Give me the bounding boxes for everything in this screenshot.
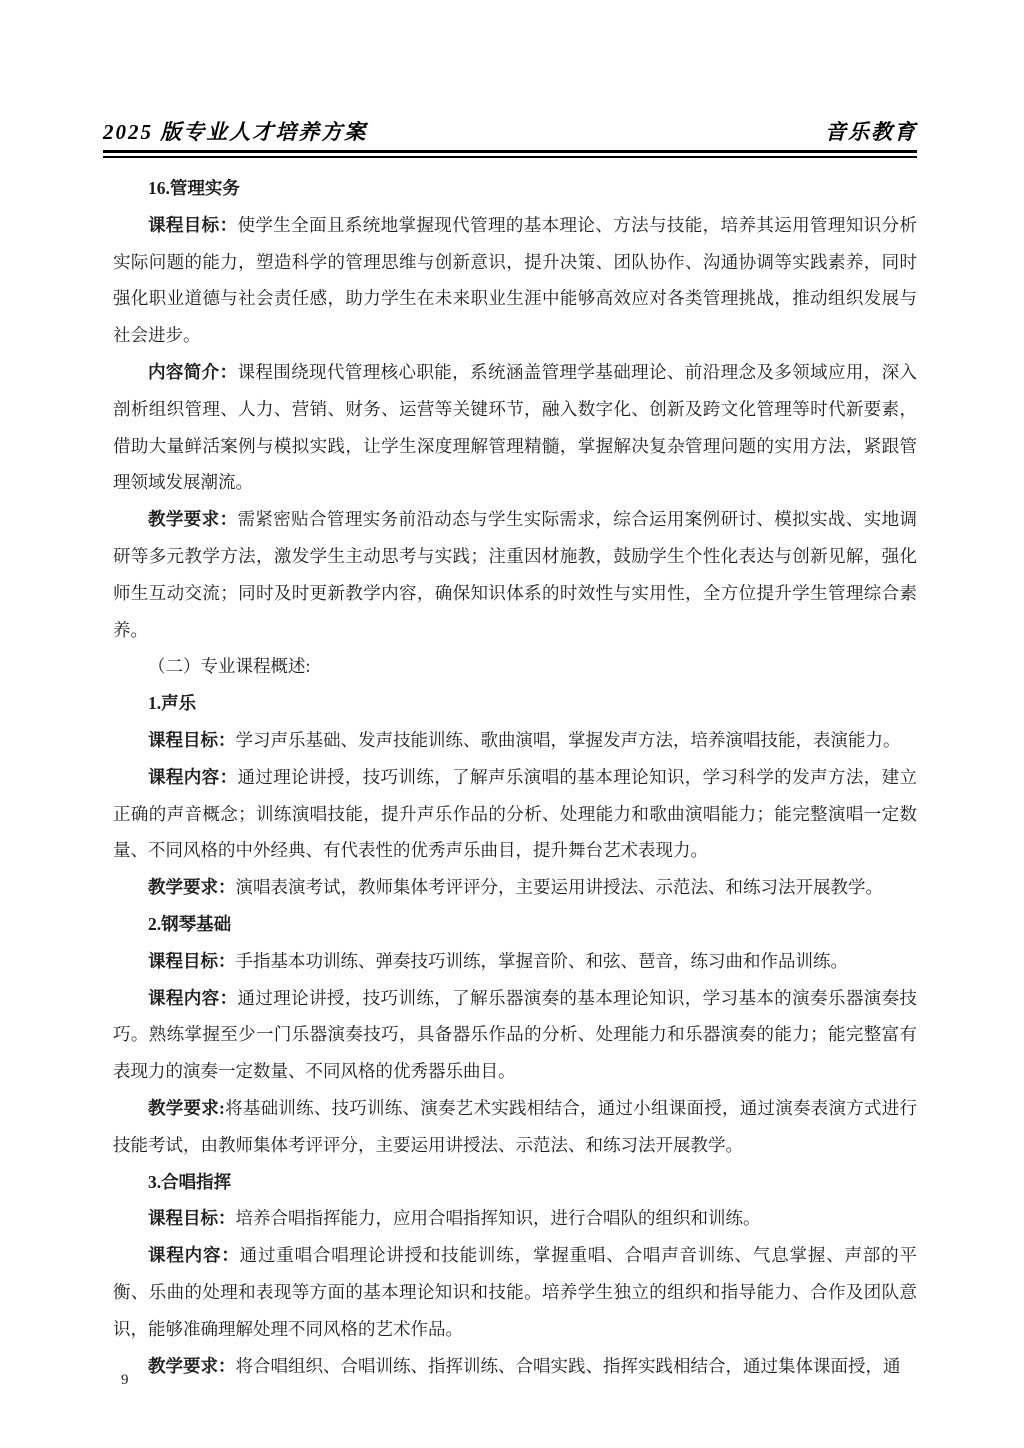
paragraph-text: 手指基本功训练、弹奏技巧训练，掌握音阶、和弦、琶音，练习曲和作品训练。 bbox=[236, 951, 849, 971]
heading-text: 2.钢琴基础 bbox=[148, 914, 231, 934]
paragraph-label: 课程目标： bbox=[148, 215, 237, 235]
paragraph-text: 将合唱组织、合唱训练、指挥训练、合唱实践、指挥实践相结合，通过集体课面授，通 bbox=[236, 1356, 901, 1376]
paragraph: 课程内容：通过理论讲授，技巧训练，了解乐器演奏的基本理论知识，学习基本的演奏乐器… bbox=[113, 980, 917, 1090]
paragraph: 课程内容：通过重唱合唱理论讲授和技能训练，掌握重唱、合唱声音训练、气息掌握、声部… bbox=[113, 1237, 917, 1347]
page-number: 9 bbox=[121, 1372, 129, 1389]
section-heading: 2.钢琴基础 bbox=[113, 906, 917, 943]
document-body: 16.管理实务课程目标：使学生全面且系统地掌握现代管理的基本理论、方法与技能，培… bbox=[113, 170, 917, 1384]
page-header: 2025 版专业人才培养方案 音乐教育 bbox=[103, 116, 917, 146]
paragraph-label: 课程目标： bbox=[148, 951, 236, 971]
section-heading: 1.声乐 bbox=[113, 685, 917, 722]
paragraph-label: 内容简介： bbox=[148, 362, 237, 382]
section-heading: 16.管理实务 bbox=[113, 170, 917, 207]
heading-text: 3.合唱指挥 bbox=[148, 1172, 231, 1192]
paragraph-label: 教学要求： bbox=[148, 509, 237, 529]
paragraph: 内容简介：课程围绕现代管理核心职能，系统涵盖管理学基础理论、前沿理念及多领域应用… bbox=[113, 354, 917, 501]
paragraph-text: 将基础训练、技巧训练、演奏艺术实践相结合，通过小组课面授，通过演奏表演方式进行技… bbox=[113, 1098, 917, 1155]
paragraph-label: 课程内容： bbox=[148, 767, 237, 787]
paragraph-text: （二）专业课程概述: bbox=[148, 656, 310, 676]
plain-line: （二）专业课程概述: bbox=[113, 648, 917, 685]
paragraph-label: 课程目标： bbox=[148, 730, 236, 750]
paragraph-label: 课程内容： bbox=[148, 1245, 240, 1265]
paragraph: 教学要求:将基础训练、技巧训练、演奏艺术实践相结合，通过小组课面授，通过演奏表演… bbox=[113, 1090, 917, 1164]
paragraph: 课程目标：培养合唱指挥能力，应用合唱指挥知识，进行合唱队的组织和训练。 bbox=[113, 1200, 917, 1237]
paragraph-text: 培养合唱指挥能力，应用合唱指挥知识，进行合唱队的组织和训练。 bbox=[236, 1208, 761, 1228]
paragraph-label: 课程内容： bbox=[148, 988, 237, 1008]
paragraph: 教学要求：将合唱组织、合唱训练、指挥训练、合唱实践、指挥实践相结合，通过集体课面… bbox=[113, 1348, 917, 1385]
paragraph: 教学要求：演唱表演考试，教师集体考评评分，主要运用讲授法、示范法、和练习法开展教… bbox=[113, 869, 917, 906]
paragraph-label: 教学要求： bbox=[148, 877, 236, 897]
paragraph: 课程目标：学习声乐基础、发声技能训练、歌曲演唱，掌握发声方法，培养演唱技能，表演… bbox=[113, 722, 917, 759]
header-double-rule bbox=[103, 150, 917, 158]
heading-text: 16.管理实务 bbox=[148, 178, 240, 198]
paragraph-text: 学习声乐基础、发声技能训练、歌曲演唱，掌握发声方法，培养演唱技能，表演能力。 bbox=[236, 730, 901, 750]
heading-text: 1.声乐 bbox=[148, 693, 196, 713]
paragraph: 课程目标：手指基本功训练、弹奏技巧训练，掌握音阶、和弦、琶音，练习曲和作品训练。 bbox=[113, 943, 917, 980]
header-left-title: 2025 版专业人才培养方案 bbox=[103, 116, 367, 146]
document-page: 2025 版专业人才培养方案 音乐教育 16.管理实务课程目标：使学生全面且系统… bbox=[0, 0, 1024, 1448]
header-right-title: 音乐教育 bbox=[825, 116, 917, 146]
paragraph-label: 教学要求： bbox=[148, 1356, 236, 1376]
section-heading: 3.合唱指挥 bbox=[113, 1164, 917, 1201]
paragraph-label: 教学要求: bbox=[148, 1098, 225, 1118]
paragraph-label: 课程目标： bbox=[148, 1208, 236, 1228]
paragraph-text: 演唱表演考试，教师集体考评评分，主要运用讲授法、示范法、和练习法开展教学。 bbox=[236, 877, 884, 897]
paragraph: 教学要求：需紧密贴合管理实务前沿动态与学生实际需求，综合运用案例研讨、模拟实战、… bbox=[113, 501, 917, 648]
paragraph: 课程目标：使学生全面且系统地掌握现代管理的基本理论、方法与技能，培养其运用管理知… bbox=[113, 207, 917, 354]
paragraph: 课程内容：通过理论讲授，技巧训练，了解声乐演唱的基本理论知识，学习科学的发声方法… bbox=[113, 759, 917, 869]
